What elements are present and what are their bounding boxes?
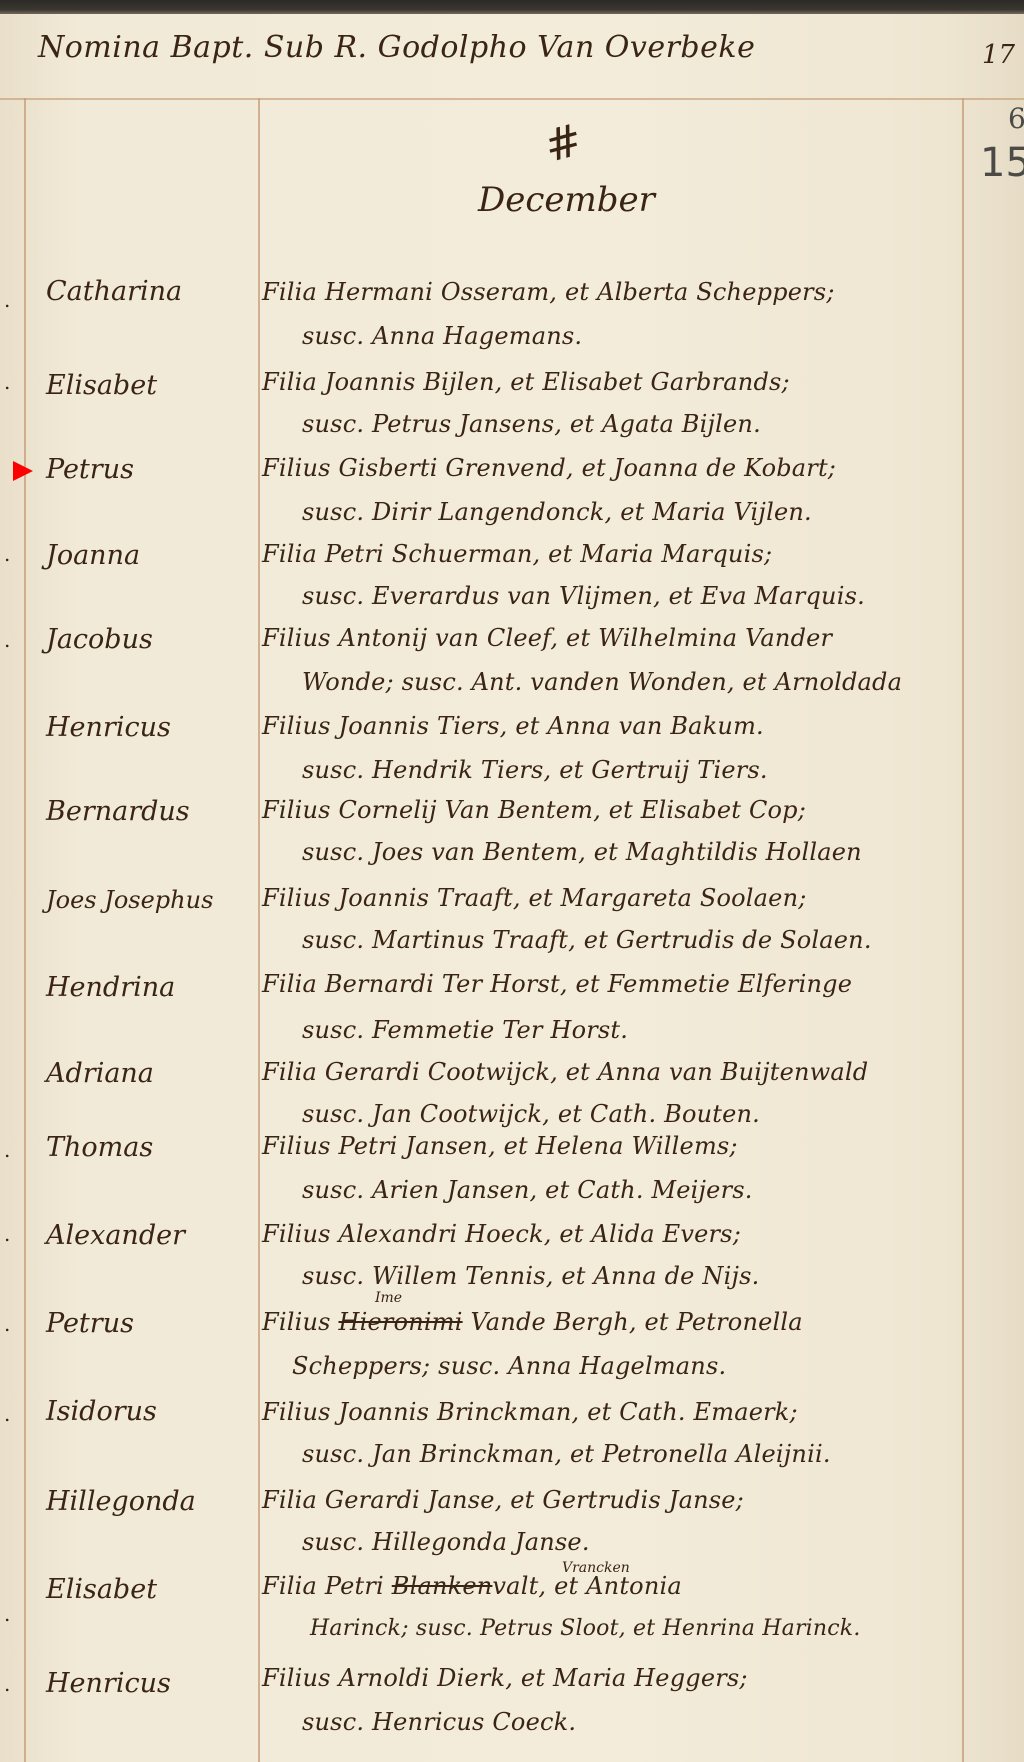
page-number: 17 — [982, 40, 1015, 70]
entry-parents-line: Filia Bernardi Ter Horst, et Femmetie El… — [262, 970, 852, 998]
superscript-correction: Ime — [375, 1290, 402, 1306]
entry-sponsors-line: susc. Petrus Jansens, et Agata Bijlen. — [302, 410, 761, 438]
entry-parents-line: Filius Cornelij Van Bentem, et Elisabet … — [262, 796, 806, 824]
name-column-rule — [258, 98, 260, 1762]
entry-sponsors-line: Harinck; susc. Petrus Sloot, et Henrina … — [310, 1616, 861, 1641]
entry-parents-line: Filius Joannis Traaft, et Margareta Sool… — [262, 884, 807, 912]
pencil-annotation: 15 — [980, 140, 1024, 186]
entry-text: Vande Bergh, et Petronella — [470, 1308, 802, 1336]
entry-sponsors-line: susc. Femmetie Ter Horst. — [302, 1016, 628, 1044]
entry-parents-line: Filia Joannis Bijlen, et Elisabet Garbra… — [262, 368, 790, 396]
baptized-name: Hillegonda — [46, 1486, 196, 1517]
margin-dot: . — [4, 542, 10, 566]
baptized-name: Joanna — [46, 540, 140, 571]
baptized-name: Thomas — [46, 1132, 153, 1163]
entry-parents-line: Filius Petri Jansen, et Helena Willems; — [262, 1132, 738, 1160]
baptized-name: Adriana — [46, 1058, 154, 1089]
entry-parents-line: Filia Gerardi Janse, et Gertrudis Janse; — [262, 1486, 744, 1514]
margin-dot: . — [4, 1602, 10, 1626]
entry-parents-line: Filius Joannis Tiers, et Anna van Bakum. — [262, 712, 764, 740]
baptized-name: Bernardus — [46, 796, 190, 827]
superscript-correction: Vrancken — [562, 1560, 630, 1576]
entry-parents-line: Filia Gerardi Cootwijck, et Anna van Bui… — [262, 1058, 868, 1086]
entry-sponsors-line: susc. Henricus Coeck. — [302, 1708, 576, 1736]
margin-dot: . — [4, 288, 10, 312]
entry-sponsors-line: susc. Joes van Bentem, et Maghtildis Hol… — [302, 838, 862, 866]
pencil-annotation-top: 6 — [1008, 102, 1024, 135]
page-header-title: Nomina Bapt. Sub R. Godolpho Van Overbek… — [38, 30, 755, 65]
right-margin-rule — [962, 98, 964, 1762]
entry-parents-line: Filia Petri Schuerman, et Maria Marquis; — [262, 540, 772, 568]
entry-parents-line: Filius Alexandri Hoeck, et Alida Evers; — [262, 1220, 741, 1248]
margin-dot: . — [4, 1222, 10, 1246]
entry-sponsors-line: susc. Willem Tennis, et Anna de Nijs. — [302, 1262, 759, 1290]
baptized-name: Isidorus — [46, 1396, 157, 1427]
entry-parents-line: Filius Gisberti Grenvend, et Joanna de K… — [262, 454, 836, 482]
baptized-name: Elisabet — [46, 1574, 157, 1605]
entry-text: valt, et Antonia — [492, 1572, 681, 1600]
entry-sponsors-line: susc. Jan Brinckman, et Petronella Aleij… — [302, 1440, 831, 1468]
entry-sponsors-line: susc. Hillegonda Janse. — [302, 1528, 590, 1556]
entry-sponsors-line: susc. Everardus van Vlijmen, et Eva Marq… — [302, 582, 865, 610]
red-pointer-icon — [13, 461, 33, 481]
entry-parents-line: Filia Hermani Osseram, et Alberta Schepp… — [262, 278, 835, 306]
entry-sponsors-line: susc. Jan Cootwijck, et Cath. Bouten. — [302, 1100, 760, 1128]
margin-dot: . — [4, 1672, 10, 1696]
entry-parents-line: Filius Arnoldi Dierk, et Maria Heggers; — [262, 1664, 748, 1692]
margin-dot: . — [4, 1138, 10, 1162]
month-heading: December — [478, 180, 655, 220]
entry-sponsors-line: Scheppers; susc. Anna Hagelmans. — [292, 1352, 726, 1380]
baptized-name: Henricus — [46, 1668, 171, 1699]
entry-sponsors-line: susc. Arien Jansen, et Cath. Meijers. — [302, 1176, 753, 1204]
baptized-name: Jacobus — [46, 624, 153, 655]
entry-parents-line: Filius Antonij van Cleef, et Wilhelmina … — [262, 624, 832, 652]
margin-dot: . — [4, 1312, 10, 1336]
baptized-name: Alexander — [46, 1220, 185, 1251]
margin-dot: . — [4, 1402, 10, 1426]
entry-parents-line: Filius Hieronimi Vande Bergh, et Petrone… — [262, 1308, 803, 1336]
baptized-name: Henricus — [46, 712, 171, 743]
left-margin-rule — [24, 98, 26, 1762]
baptized-name: Joes Josephus — [46, 886, 213, 914]
entry-text: Filius — [262, 1308, 331, 1336]
margin-dot: . — [4, 628, 10, 652]
entry-parents-line: Filia Petri Blankenvalt, et Antonia — [262, 1572, 682, 1600]
header-rule — [0, 98, 1024, 100]
entry-sponsors-line: susc. Anna Hagemans. — [302, 322, 582, 350]
entry-sponsors-line: susc. Hendrik Tiers, et Gertruij Tiers. — [302, 756, 768, 784]
entry-sponsors-line: susc. Martinus Traaft, et Gertrudis de S… — [302, 926, 872, 954]
entry-sponsors-line: Wonde; susc. Ant. vanden Wonden, et Arno… — [302, 668, 902, 696]
baptized-name: Hendrina — [46, 972, 175, 1003]
entry-sponsors-line: susc. Dirir Langendonck, et Maria Vijlen… — [302, 498, 812, 526]
baptized-name: Catharina — [46, 276, 182, 307]
entry-parents-line: Filius Joannis Brinckman, et Cath. Emaer… — [262, 1398, 798, 1426]
margin-dot: . — [4, 370, 10, 394]
baptized-name: Petrus — [46, 454, 134, 485]
entry-text: Filia Petri — [262, 1572, 384, 1600]
baptized-name: Petrus — [46, 1308, 134, 1339]
struck-correction: Hieronimi — [339, 1308, 463, 1336]
baptized-name: Elisabet — [46, 370, 157, 401]
struck-correction: Blanken — [392, 1572, 493, 1600]
